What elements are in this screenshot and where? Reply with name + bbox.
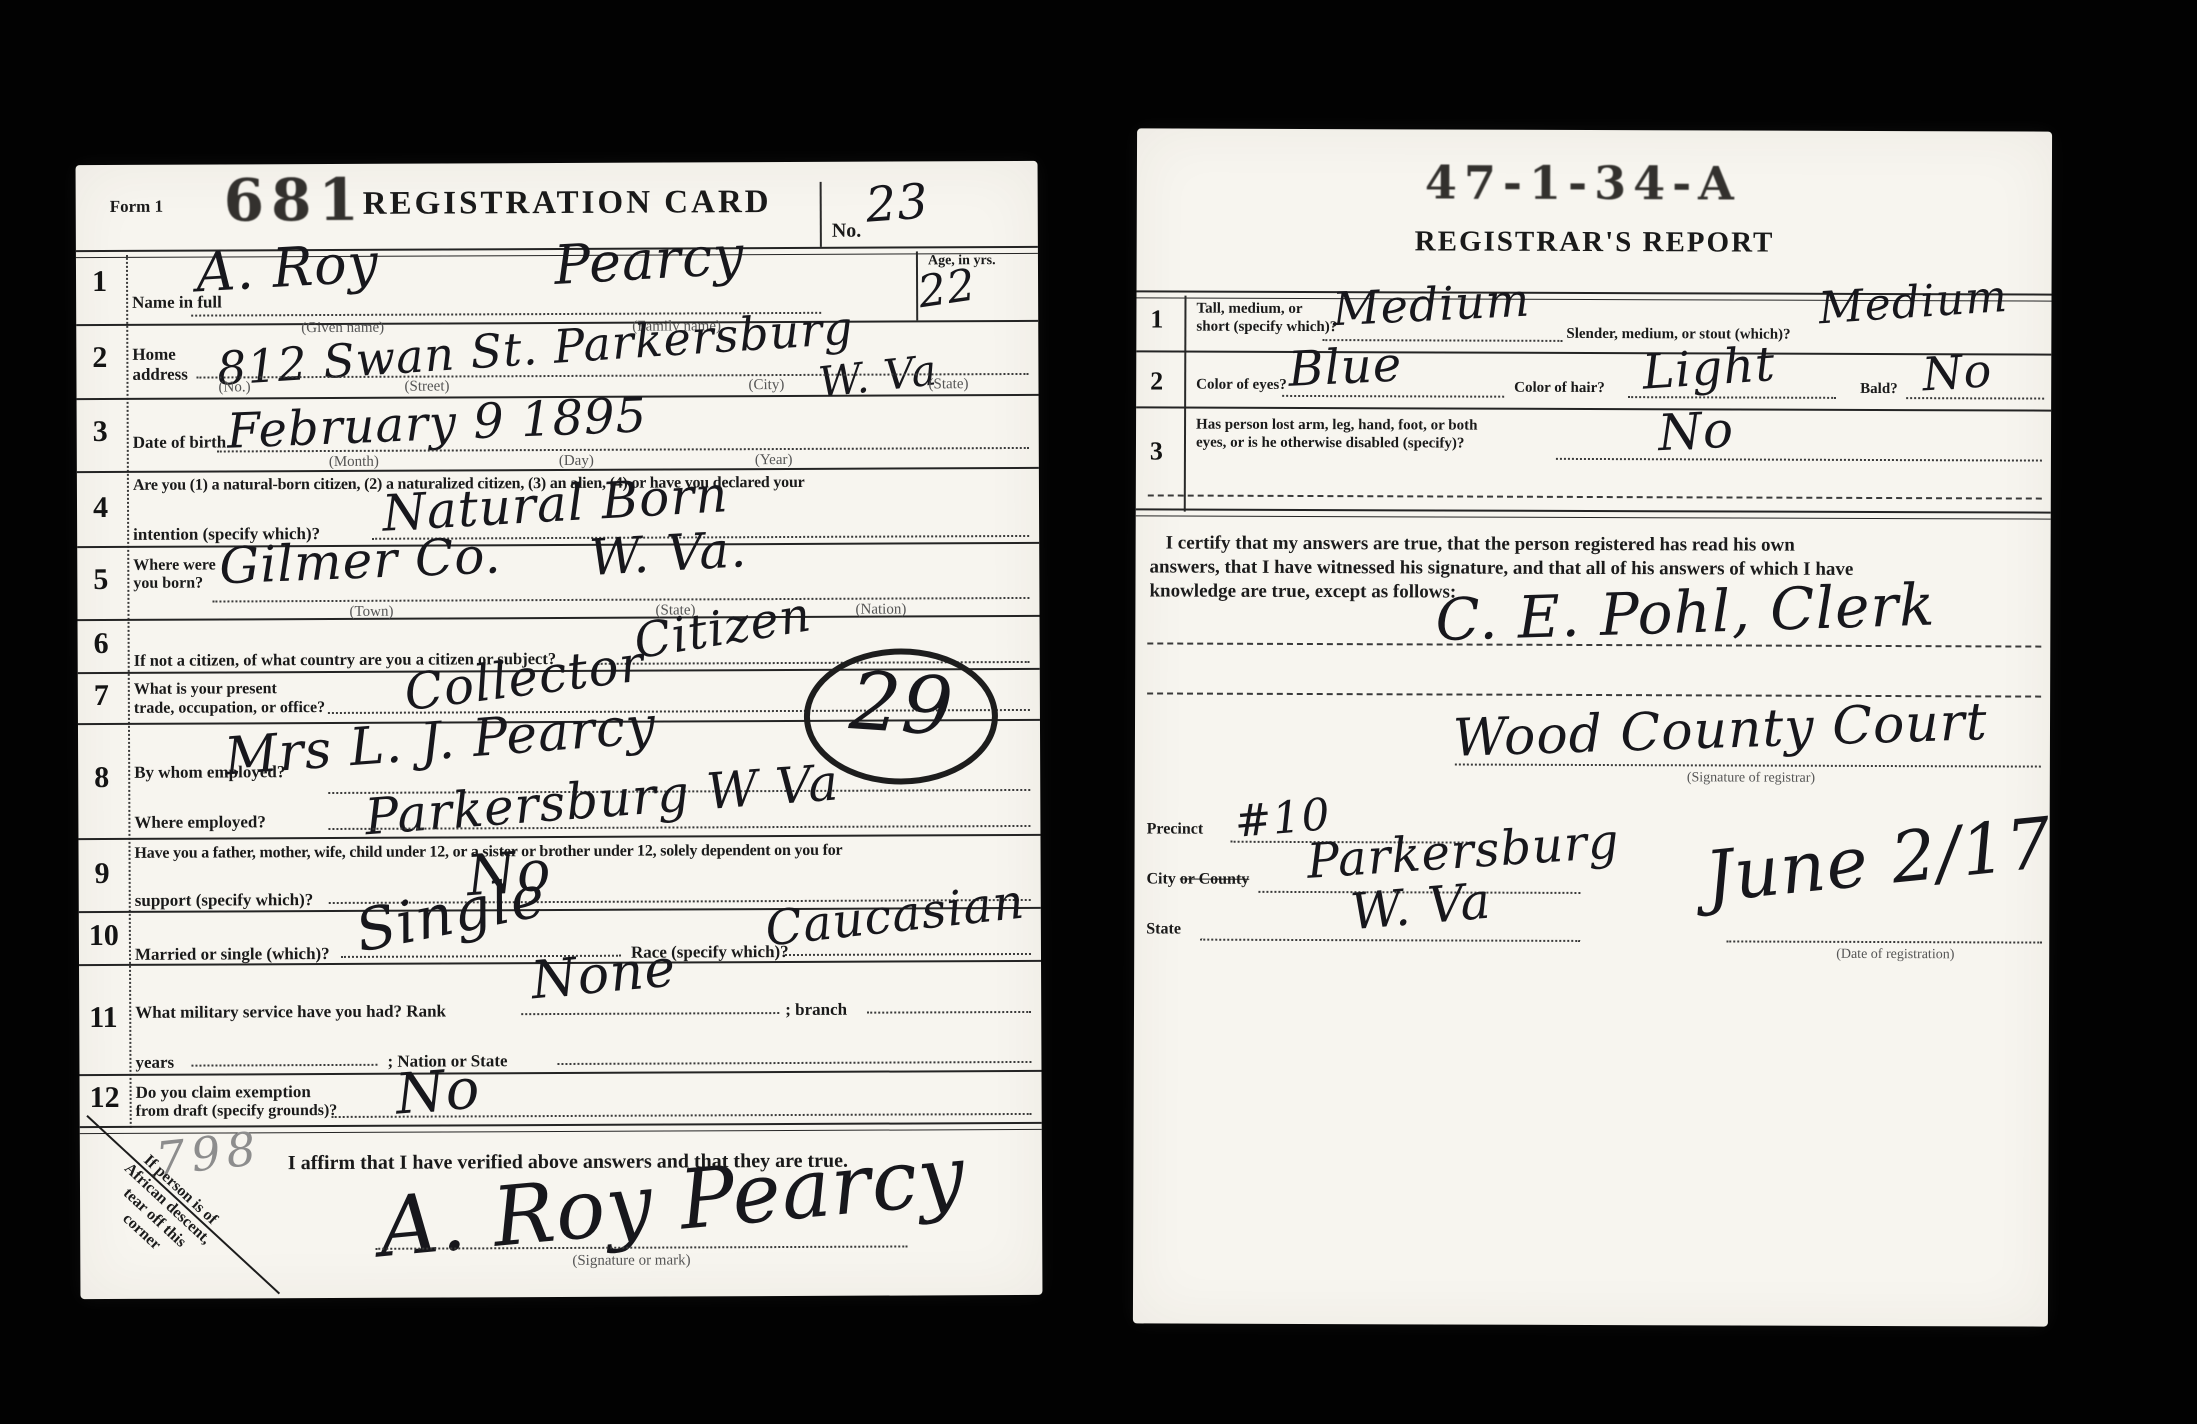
state-label: State (1146, 920, 1181, 938)
certify-text-line1: I certify that my answers are true, that… (1166, 533, 1795, 557)
card-title: REGISTRATION CARD (363, 184, 772, 223)
home-address-label2: address (132, 365, 188, 385)
trade-label2: trade, occupation, or office? (134, 699, 325, 718)
registrars-report-card: 47-1-34-A REGISTRAR'S REPORT 1 2 3 Tall,… (1133, 128, 2052, 1326)
row-divider (1136, 406, 2051, 411)
blank-line (1148, 494, 2042, 499)
answer-line (1200, 939, 1580, 942)
year-sublabel: (Year) (755, 452, 793, 469)
row-number: 2 (1150, 366, 1163, 396)
header-divider (820, 182, 822, 247)
row-divider (1136, 350, 2051, 355)
answer-line (191, 1064, 377, 1067)
field-number: 8 (94, 761, 109, 795)
field-number: 2 (92, 341, 107, 375)
month-sublabel: (Month) (329, 454, 379, 471)
row-number: 3 (1150, 436, 1163, 466)
registration-card: Form 1 681 REGISTRATION CARD No. 23 1 2 … (76, 161, 1043, 1299)
date-line (1726, 940, 2042, 943)
row-divider (79, 1070, 1041, 1076)
registration-date-caption: (Date of registration) (1836, 947, 1954, 963)
where-born-label1: Where were (133, 556, 216, 574)
signature-caption: (Signature or mark) (572, 1252, 690, 1270)
field-number: 7 (94, 679, 109, 713)
exemption-label1: Do you claim exemption (136, 1082, 311, 1103)
disability-answer-handwriting: No (1657, 401, 1736, 463)
field-number: 6 (94, 627, 109, 661)
field-number: 10 (89, 919, 119, 953)
disability-label2: eyes, or is he otherwise disabled (speci… (1196, 435, 1465, 453)
row-divider (78, 834, 1040, 840)
field-number: 3 (93, 415, 108, 449)
answer-line (1556, 458, 2042, 462)
scanned-document-page: Form 1 681 REGISTRATION CARD No. 23 1 2 … (0, 0, 2197, 1424)
field-number: 4 (93, 491, 108, 525)
name-given-handwriting: A. Roy (194, 231, 380, 304)
circled-number-value: 29 (847, 654, 957, 754)
dependents-question-line2: support (specify which)? (135, 890, 314, 911)
field-number: 5 (93, 563, 108, 597)
age-value-handwriting: 22 (915, 259, 980, 318)
home-address-label: Home (132, 345, 176, 365)
town-sublabel: (Town) (349, 604, 393, 621)
address-no-sublabel: (No.) (218, 379, 250, 396)
number-column-divider (1184, 296, 1187, 512)
day-sublabel: (Day) (559, 453, 594, 470)
field-number: 12 (90, 1081, 120, 1115)
where-born-label2: you born? (133, 575, 203, 593)
born-town-handwriting: Gilmer Co. (218, 526, 502, 595)
date-of-birth-label: Date of birth (133, 432, 227, 452)
military-service-label: What military service have you had? Rank (135, 1001, 446, 1022)
order-number-value: 23 (864, 173, 931, 234)
certify-text-line3: knowledge are true, except as follows: (1149, 580, 1456, 603)
row-divider (1136, 508, 2051, 519)
stature-answer-handwriting: Medium (1817, 271, 2009, 334)
precinct-label: Precinct (1147, 820, 1204, 838)
years-label: years (135, 1053, 174, 1073)
number-column-divider (126, 255, 132, 1128)
where-employed-label: Where employed? (134, 812, 266, 833)
answer-line (867, 1011, 1031, 1014)
row-number: 1 (1150, 304, 1163, 334)
form-number-label: Form 1 (110, 197, 163, 217)
military-answer-handwriting: None (529, 938, 679, 1011)
nation-sublabel: (Nation) (855, 601, 906, 618)
city-struck-text: or County (1180, 871, 1250, 888)
trade-label1: What is your present (134, 680, 277, 699)
eye-color-label: Color of eyes? (1196, 377, 1287, 394)
registrar-court-handwriting: Wood County Court (1452, 692, 1988, 769)
report-title: REGISTRAR'S REPORT (1415, 225, 1775, 259)
file-number-stamp: 47-1-34-A (1425, 155, 1741, 210)
state-value-handwriting: W. Va (1348, 872, 1493, 942)
field-number: 11 (89, 1001, 118, 1035)
hair-color-handwriting: Light (1641, 336, 1778, 401)
address-street-sublabel: (Street) (404, 378, 449, 395)
registrar-signature-handwriting: C. E. Pohl, Clerk (1434, 570, 1936, 654)
registrar-signature-caption: (Signature of registrar) (1687, 770, 1815, 786)
answer-line (521, 1012, 779, 1015)
hair-color-label: Color of hair? (1514, 380, 1605, 397)
address-state-sublabel: (State) (928, 376, 968, 393)
answer-line (557, 1061, 1031, 1065)
bald-label: Bald? (1860, 381, 1898, 398)
exemption-label2: from draft (specify grounds)? (136, 1102, 338, 1121)
build-label1: Tall, medium, or (1196, 301, 1302, 318)
city-label-text: City (1146, 870, 1175, 887)
build-label2: short (specify which)? (1196, 319, 1337, 336)
registration-date-handwriting: June 2/17 (1701, 802, 2056, 919)
branch-label: ; branch (785, 1000, 847, 1020)
married-or-single-label: Married or single (which)? (135, 944, 330, 965)
race-answer-handwriting: Caucasian (763, 874, 1028, 958)
field-number: 9 (95, 857, 110, 891)
name-family-handwriting: Pearcy (552, 223, 746, 297)
field-number: 1 (92, 265, 107, 299)
signature-line (1455, 764, 2041, 768)
eye-color-handwriting: Blue (1287, 336, 1404, 397)
answer-line (785, 953, 1031, 956)
answer-line (212, 597, 1029, 603)
order-number-label: No. (832, 220, 862, 243)
answer-line (1282, 395, 1504, 398)
serial-number-stamp: 681 (224, 166, 366, 235)
marital-answer-handwriting: Single (350, 861, 551, 965)
address-city-sublabel: (City) (748, 377, 784, 394)
bald-answer-handwriting: No (1921, 343, 1994, 402)
height-answer-handwriting: Medium (1331, 273, 1531, 337)
disability-label1: Has person lost arm, leg, hand, foot, or… (1196, 417, 1477, 435)
city-label: City or County (1146, 870, 1249, 888)
born-state-handwriting: W. Va. (588, 520, 749, 587)
